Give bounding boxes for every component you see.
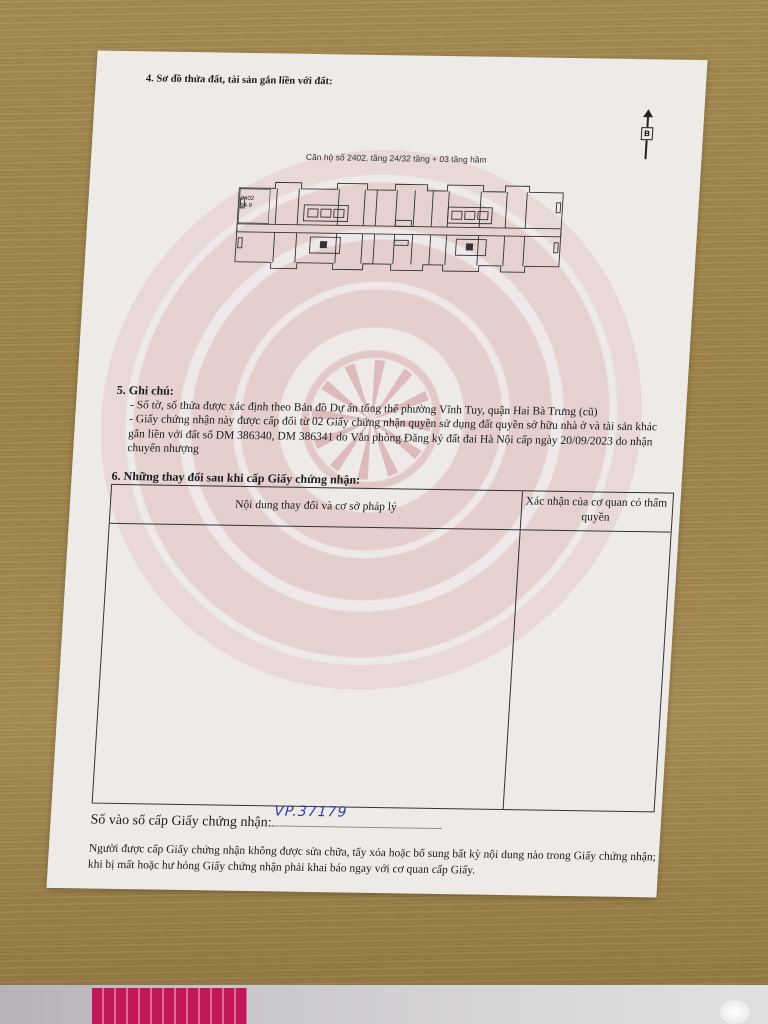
- registry-number: VP.37179: [274, 803, 348, 820]
- column-header-content: Nội dung thay đổi và cơ sở pháp lý: [111, 497, 522, 515]
- registry-label: Số vào sổ cấp Giấy chứng nhận:: [90, 813, 272, 831]
- unit-number: 2402: [241, 196, 255, 202]
- unit-area: 94.9: [240, 203, 252, 209]
- warning-text: Người được cấp Giấy chứng nhận không đượ…: [87, 841, 664, 882]
- column-header-confirmation: Xác nhận của cơ quan có thẩm quyền: [520, 494, 672, 526]
- floor-plan-diagram: [232, 178, 568, 275]
- section4-title: 4. Sơ đồ thửa đất, tài sản gắn liền với …: [146, 73, 333, 87]
- changes-table: Nội dung thay đổi và cơ sở pháp lý Xác n…: [92, 484, 674, 813]
- striped-cloth: [92, 988, 247, 1024]
- certificate-page: 4. Sơ đồ thửa đất, tài sản gắn liền với …: [46, 51, 707, 898]
- north-label: B: [641, 127, 654, 140]
- north-arrow-icon: B: [639, 109, 654, 159]
- section5-notes: 5. Ghi chú: - Số tờ, số thửa được xác đị…: [113, 383, 677, 464]
- registry-number-line: Số vào sổ cấp Giấy chứng nhận:VP.37179: [90, 811, 442, 834]
- light-reflection: [720, 1000, 750, 1024]
- note-item: - Giấy chứng nhận này được cấp đổi từ 02…: [113, 412, 676, 464]
